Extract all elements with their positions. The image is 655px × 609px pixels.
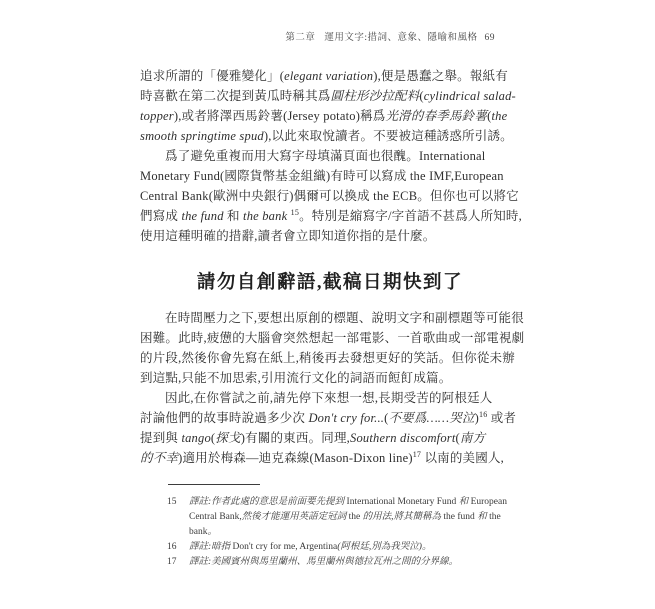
- running-header: 第二章運用文字:措詞、意象、隱喻和風格69: [285, 29, 495, 43]
- text-line: topper),或者將澤西馬鈴薯(Jersey potato)稱爲光滑的春季馬鈴…: [140, 106, 520, 126]
- text-segment: topper: [140, 109, 174, 123]
- text-segment: International Monetary Fund: [347, 497, 457, 507]
- text-segment: ),便是愚蠢之舉。報紙有: [373, 69, 508, 83]
- footnote: 15譯註:作者此處的意思是前面要先提到 International Moneta…: [167, 495, 519, 540]
- text-line: 的片段,然後你會先寫在紙上,稍後再去發想更好的笑話。但你從未辦: [140, 348, 520, 368]
- paragraphs-after-heading: 在時間壓力之下,要想出原創的標題、說明文字和副標題等可能很困難。此時,疲憊的大腦…: [140, 308, 520, 468]
- text-line: 追求所謂的「優雅變化」(elegant variation),便是愚蠢之舉。報紙…: [140, 66, 520, 86]
- text-segment: ),或者將澤西馬鈴薯(Jersey potato)稱爲: [174, 109, 386, 123]
- paragraphs-before-heading: 追求所謂的「優雅變化」(elegant variation),便是愚蠢之舉。報紙…: [140, 66, 520, 246]
- text-segment: the: [349, 512, 361, 522]
- text-segment: 和: [456, 497, 470, 507]
- footnote-number: 15: [167, 495, 189, 540]
- text-segment: 和: [224, 209, 243, 223]
- text-line: 提到與 tango(探戈)有關的東西。同理,Southern discomfor…: [140, 428, 520, 448]
- text-line: 困難。此時,疲憊的大腦會突然想起一部電影、一首歌曲或一部電視劇: [140, 328, 520, 348]
- text-segment: 們寫成: [140, 209, 181, 223]
- text-line: 的不幸)適用於梅森—迪克森線(Mason-Dixon line)17 以南的美國…: [140, 448, 520, 468]
- text-line: 譯註:暗指 Don't cry for me, Argentina(阿根廷,別為…: [189, 540, 519, 555]
- footnote-text: 譯註:美國賓州與馬里蘭州、馬里蘭州與德拉瓦州之間的分界線。: [189, 555, 519, 570]
- text-line: bank。: [189, 525, 519, 540]
- text-segment: )適用於梅森—迪克森線(Mason-Dixon line): [178, 451, 413, 465]
- text-line: 討論他們的故事時說過多少次 Don't cry for...(不要爲……哭泣)1…: [140, 408, 520, 428]
- footnote-separator: [168, 484, 260, 485]
- text-segment: Southern discomfort: [350, 431, 456, 445]
- text-segment: the: [491, 109, 507, 123]
- text-line: Central Bank(歐洲中央銀行)偶爾可以換成 the ECB。但你也可以…: [140, 186, 520, 206]
- text-segment: tango: [181, 431, 210, 445]
- chapter-title: 運用文字:措詞、意象、隱喻和風格: [324, 33, 477, 43]
- text-line: 時喜歡在第二次提到黃瓜時稱其爲圓柱形沙拉配料(cylindrical salad…: [140, 86, 520, 106]
- text-segment: ),以此來取悅讀者。不要被這種誘惑所引誘。: [264, 129, 513, 143]
- text-segment: 。特別是縮寫字/字首語不甚爲人所知時,: [299, 209, 522, 223]
- text-segment: 探戈: [215, 431, 240, 445]
- text-segment: 南方: [460, 431, 485, 445]
- text-segment: ,然後才能運用英語定冠詞: [239, 512, 348, 522]
- text-line: 在時間壓力之下,要想出原創的標題、說明文字和副標題等可能很: [140, 308, 520, 328]
- text-segment: Don't cry for...: [308, 411, 384, 425]
- text-line: Central Bank,然後才能運用英語定冠詞 the 的用法,將其簡稱為 t…: [189, 510, 519, 525]
- text-segment: 和: [475, 512, 489, 522]
- page-number: 69: [485, 33, 496, 43]
- footnote-text: 譯註:暗指 Don't cry for me, Argentina(阿根廷,別為…: [189, 540, 519, 555]
- footnote: 16譯註:暗指 Don't cry for me, Argentina(阿根廷,…: [167, 540, 519, 555]
- text-segment: 的不幸: [140, 451, 178, 465]
- text-segment: the fund: [181, 209, 223, 223]
- text-segment: 因此,在你嘗試之前,請先停下來想一想,長期受苦的阿根廷人: [165, 391, 492, 405]
- text-segment: 的片段,然後你會先寫在紙上,稍後再去發想更好的笑話。但你從未辦: [140, 351, 515, 365]
- text-segment: 不要爲……哭泣: [388, 411, 474, 425]
- text-segment: elegant variation: [284, 69, 373, 83]
- text-segment: 提到與: [140, 431, 181, 445]
- text-segment: 在時間壓力之下,要想出原創的標題、說明文字和副標題等可能很: [165, 311, 524, 325]
- text-column: 追求所謂的「優雅變化」(elegant variation),便是愚蠢之舉。報紙…: [140, 66, 520, 570]
- chapter-label: 第二章: [285, 33, 315, 43]
- text-segment: the: [489, 512, 501, 522]
- text-line: 到這點,只能不加思索,引用流行文化的詞語而餖飣成篇。: [140, 368, 520, 388]
- text-segment: 以南的美國人,: [421, 451, 504, 465]
- text-segment: 譯註:作者此處的意思是前面要先提到: [189, 497, 347, 507]
- text-line: 因此,在你嘗試之前,請先停下來想一想,長期受苦的阿根廷人: [140, 388, 520, 408]
- text-segment: 光滑的春季馬鈴薯: [385, 109, 487, 123]
- text-line: 譯註:作者此處的意思是前面要先提到 International Monetary…: [189, 495, 519, 510]
- text-segment: 使用這種明確的措辭,讀者會立即知道你指的是什麼。: [140, 229, 435, 243]
- text-segment: 追求所謂的「優雅變化」(: [140, 69, 284, 83]
- text-segment: 討論他們的故事時說過多少次: [140, 411, 308, 425]
- text-line: 們寫成 the fund 和 the bank 15。特別是縮寫字/字首語不甚爲…: [140, 206, 520, 226]
- text-line: 使用這種明確的措辭,讀者會立即知道你指的是什麼。: [140, 226, 520, 246]
- section-heading: 請勿自創辭語,截稿日期快到了: [140, 270, 520, 296]
- footnote-number: 17: [167, 555, 189, 570]
- text-segment: (阿根廷,別為我哭泣)。: [337, 542, 431, 552]
- text-segment: smooth springtime spud: [140, 129, 264, 143]
- text-segment: 爲了避免重複而用大寫字母填滿頁面也很醜。International: [165, 149, 485, 163]
- text-line: 爲了避免重複而用大寫字母填滿頁面也很醜。International: [140, 146, 520, 166]
- text-segment: 譯註:美國賓州與馬里蘭州、馬里蘭州與德拉瓦州之間的分界線。: [189, 557, 458, 567]
- text-segment: cylindrical salad-: [424, 89, 516, 103]
- text-segment: Don't cry for me, Argentina: [233, 542, 338, 552]
- text-segment: European: [471, 497, 507, 507]
- text-segment: 。: [207, 527, 217, 537]
- footnote-ref: 15: [291, 208, 299, 217]
- text-segment: 的用法,將其簡稱為: [360, 512, 443, 522]
- text-segment: 困難。此時,疲憊的大腦會突然想起一部電影、一首歌曲或一部電視劇: [140, 331, 524, 345]
- footnote: 17譯註:美國賓州與馬里蘭州、馬里蘭州與德拉瓦州之間的分界線。: [167, 555, 519, 570]
- text-segment: 或者: [487, 411, 516, 425]
- text-segment: bank: [189, 527, 207, 537]
- text-segment: the fund: [443, 512, 474, 522]
- text-segment: the bank: [243, 209, 291, 223]
- footnote-text: 譯註:作者此處的意思是前面要先提到 International Monetary…: [189, 495, 519, 540]
- text-segment: )有關的東西。同理,: [241, 431, 350, 445]
- text-line: 譯註:美國賓州與馬里蘭州、馬里蘭州與德拉瓦州之間的分界線。: [189, 555, 519, 570]
- text-line: smooth springtime spud),以此來取悅讀者。不要被這種誘惑所…: [140, 126, 520, 146]
- text-segment: Monetary Fund(國際貨幣基金組織)有時可以寫成 the IMF,Eu…: [140, 169, 504, 183]
- text-segment: 圓柱形沙拉配料: [331, 89, 420, 103]
- footnotes: 15譯註:作者此處的意思是前面要先提到 International Moneta…: [167, 495, 519, 570]
- footnote-number: 16: [167, 540, 189, 555]
- text-segment: Central Bank(歐洲中央銀行)偶爾可以換成 the ECB。但你也可以…: [140, 189, 519, 203]
- text-segment: 到這點,只能不加思索,引用流行文化的詞語而餖飣成篇。: [140, 371, 451, 385]
- book-page: 第二章運用文字:措詞、意象、隱喻和風格69 追求所謂的「優雅變化」(elegan…: [0, 0, 655, 609]
- text-segment: 譯註:暗指: [189, 542, 233, 552]
- footnote-ref: 17: [413, 450, 421, 459]
- text-segment: 時喜歡在第二次提到黃瓜時稱其爲: [140, 89, 331, 103]
- text-segment: Central Bank: [189, 512, 239, 522]
- text-line: Monetary Fund(國際貨幣基金組織)有時可以寫成 the IMF,Eu…: [140, 166, 520, 186]
